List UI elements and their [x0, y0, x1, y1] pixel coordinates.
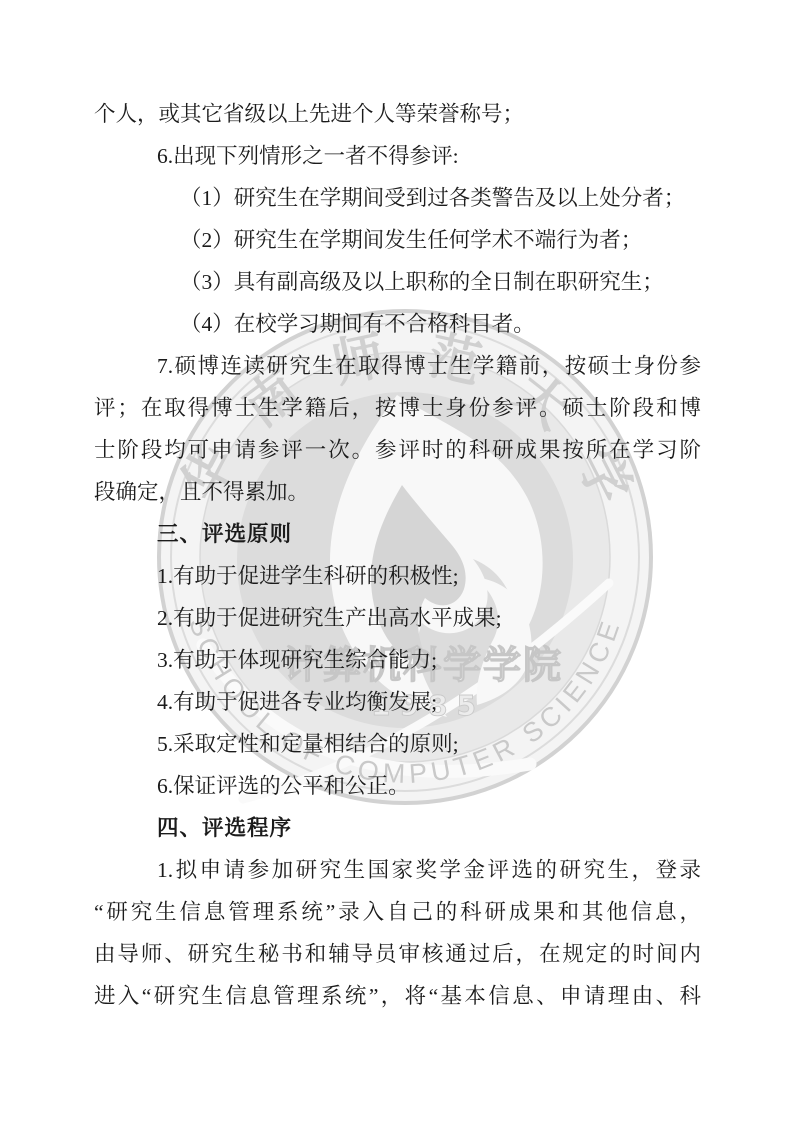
- doc-line-17: 6.保证评选的公平和公正。: [94, 765, 701, 807]
- section-heading-procedure: 四、评选程序: [94, 807, 701, 849]
- doc-line-13: 2.有助于促进研究生产出高水平成果;: [94, 597, 701, 639]
- doc-line-20: “研究生信息管理系统”录入自己的科研成果和其他信息，: [94, 891, 701, 933]
- document-page: 华 南 师 范 大 学 计算机科学学院 1985 SCHOOL OF COMPU…: [0, 0, 794, 1123]
- doc-line-10: 段确定，且不得累加。: [94, 471, 701, 513]
- doc-line-3: （1）研究生在学期间受到过各类警告及以上处分者；: [94, 177, 701, 219]
- doc-line-4: （2）研究生在学期间发生任何学术不端行为者；: [94, 219, 701, 261]
- doc-line-19: 1.拟申请参加研究生国家奖学金评选的研究生，登录: [94, 849, 701, 891]
- doc-line-8: 评；在取得博士生学籍后，按博士身份参评。硕士阶段和博: [94, 387, 701, 429]
- doc-line-15: 4.有助于促进各专业均衡发展;: [94, 681, 701, 723]
- doc-line-22: 进入“研究生信息管理系统”，将“基本信息、申请理由、科: [94, 975, 701, 1017]
- document-body: 个人，或其它省级以上先进个人等荣誉称号； 6.出现下列情形之一者不得参评: （1…: [94, 93, 701, 1017]
- doc-line-5: （3）具有副高级及以上职称的全日制在职研究生；: [94, 261, 701, 303]
- doc-line-16: 5.采取定性和定量相结合的原则;: [94, 723, 701, 765]
- doc-line-21: 由导师、研究生秘书和辅导员审核通过后，在规定的时间内: [94, 933, 701, 975]
- doc-line-14: 3.有助于体现研究生综合能力;: [94, 639, 701, 681]
- doc-line-2: 6.出现下列情形之一者不得参评:: [94, 135, 701, 177]
- doc-line-1: 个人，或其它省级以上先进个人等荣誉称号；: [94, 93, 701, 135]
- doc-line-12: 1.有助于促进学生科研的积极性;: [94, 555, 701, 597]
- doc-line-7: 7.硕博连读研究生在取得博士生学籍前，按硕士身份参: [94, 345, 701, 387]
- section-heading-principles: 三、评选原则: [94, 513, 701, 555]
- doc-line-6: （4）在校学习期间有不合格科目者。: [94, 303, 701, 345]
- doc-line-9: 士阶段均可申请参评一次。参评时的科研成果按所在学习阶: [94, 429, 701, 471]
